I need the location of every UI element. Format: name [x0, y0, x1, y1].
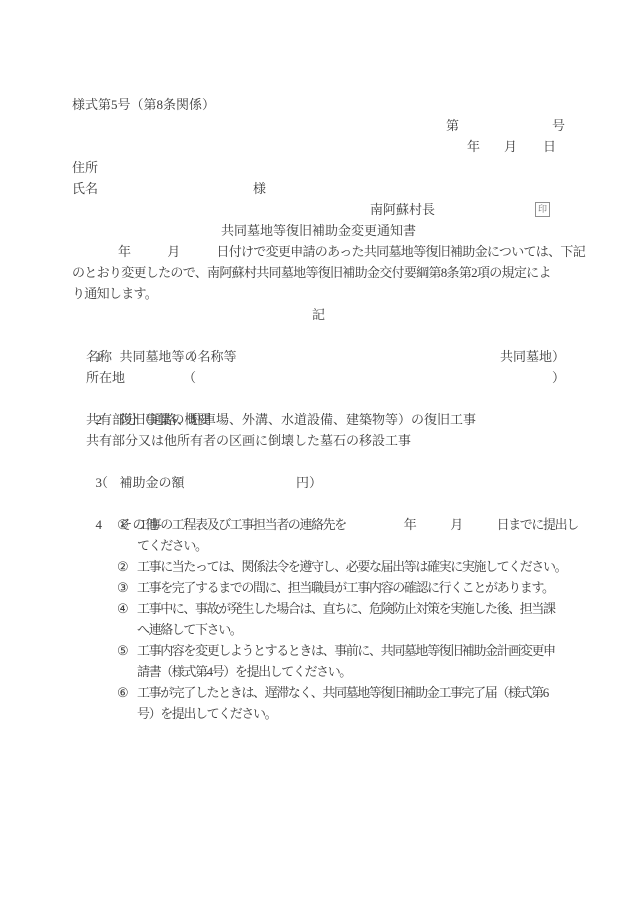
cemetery-location-label: 所在地 — [86, 367, 183, 388]
note-5-text: 工事内容を変更しようとするときは、事前に、共同墓地等復旧補助金計画変更申 請書（… — [137, 640, 592, 682]
cemetery-location-open-paren: （ — [183, 367, 196, 388]
note-item-3: ③ 工事を完了するまでの間に、担当職員が工事内容の確認に行くことがあります。 — [117, 577, 565, 598]
section2-line1: 共有部分（通路、駐車場、外溝、水道設備、建築物等）の復旧工事 — [86, 409, 565, 430]
honorific-label: 様 — [253, 178, 266, 199]
record-marker: 記 — [72, 304, 565, 325]
cemetery-location-close-paren: ） — [552, 367, 565, 388]
docno-prefix: 第 — [446, 115, 459, 136]
note-item-1: ① 工事の工程表及び工事担当者の連絡先を 年 月 日までに提出し てください。 — [117, 514, 565, 556]
address-label: 住所 — [72, 157, 565, 178]
mayor-title: 南阿蘇村長 — [370, 199, 435, 220]
section1-heading: 1共同墓地等の名称等 — [72, 325, 565, 346]
section3-title: 補助金の額 — [120, 475, 185, 490]
amount-blank — [108, 472, 296, 473]
form-number: 様式第5号（第8条関係） — [72, 94, 565, 115]
date-trailing-space — [556, 136, 565, 137]
section4-heading: 4その他 — [72, 493, 565, 514]
note-2-text: 工事に当たっては、関係法令を遵守し、必要な届出等は確実に実施してください。 — [137, 556, 592, 577]
sender-blank — [435, 199, 535, 220]
date-day-label: 日 — [543, 136, 556, 157]
name-label: 氏名 — [72, 178, 98, 199]
document-content: 様式第5号（第8条関係） 第 号 年 月 日 住所 氏名 様 南阿蘇村長 印 共… — [72, 94, 565, 724]
cemetery-location-blank — [196, 367, 552, 388]
note-4-number: ④ — [117, 598, 137, 640]
section2-heading: 2復旧事業の概要 — [72, 388, 565, 409]
note-3-text: 工事を完了するまでの間に、担当職員が工事内容の確認に行くことがあります。 — [137, 577, 592, 598]
cemetery-name-row: 名称 （ 共同墓地） — [86, 346, 565, 367]
sender-line: 南阿蘇村長 印 — [370, 199, 565, 220]
note-6-text: 工事が完了したときは、遅滞なく、共同墓地等復旧補助金工事完了届（様式第6 号）を… — [137, 682, 592, 724]
note-item-5: ⑤ 工事内容を変更しようとするときは、事前に、共同墓地等復旧補助金計画変更申 請… — [117, 640, 565, 682]
cemetery-name-close-paren: 共同墓地） — [500, 346, 565, 367]
document-title: 共同墓地等復旧補助金変更通知書 — [72, 220, 565, 241]
cemetery-location-row: 所在地 （ ） — [86, 367, 565, 388]
docno-suffix: 号 — [552, 115, 565, 136]
section3-heading: 3補助金の額 — [72, 451, 565, 472]
amount-open-paren: （ — [95, 472, 108, 493]
document-number-line: 第 号 — [72, 115, 565, 136]
docno-blank — [459, 115, 552, 116]
section2-line2: 共有部分又は他所有者の区画に倒壊した墓石の移設工事 — [86, 430, 565, 451]
date-month-label: 月 — [504, 136, 517, 157]
seal-mark: 印 — [535, 202, 550, 217]
document-page: 様式第5号（第8条関係） 第 号 年 月 日 住所 氏名 様 南阿蘇村長 印 共… — [0, 0, 630, 915]
note-1-number: ① — [117, 514, 137, 556]
name-line: 氏名 様 — [72, 178, 565, 199]
note-3-number: ③ — [117, 577, 137, 598]
note-6-number: ⑥ — [117, 682, 137, 724]
date-year-blank — [480, 136, 504, 137]
body-line-2: のとおり変更したので、南阿蘇村共同墓地等復旧補助金交付要綱第8条第2項の規定によ — [72, 262, 565, 283]
date-month-blank — [517, 136, 543, 137]
amount-close-paren: 円） — [296, 472, 322, 493]
note-item-2: ② 工事に当たっては、関係法令を遵守し、必要な届出等は確実に実施してください。 — [117, 556, 565, 577]
note-item-6: ⑥ 工事が完了したときは、遅滞なく、共同墓地等復旧補助金工事完了届（様式第6 号… — [117, 682, 565, 724]
date-line: 年 月 日 — [72, 136, 565, 157]
section4-number: 4 — [92, 514, 120, 535]
note-1-text: 工事の工程表及び工事担当者の連絡先を 年 月 日までに提出し てください。 — [137, 514, 592, 556]
cemetery-name-blank — [196, 346, 500, 367]
cemetery-name-open-paren: （ — [183, 346, 196, 367]
date-year-label: 年 — [467, 136, 480, 157]
note-2-number: ② — [117, 556, 137, 577]
note-item-4: ④ 工事中に、事故が発生した場合は、直ちに、危険防止対策を実施した後、担当課 へ… — [117, 598, 565, 640]
note-4-text: 工事中に、事故が発生した場合は、直ちに、危険防止対策を実施した後、担当課 へ連絡… — [137, 598, 592, 640]
cemetery-name-label: 名称 — [86, 346, 183, 367]
body-line-3: り通知します。 — [72, 283, 565, 304]
seal-trailing-space — [550, 199, 565, 200]
note-5-number: ⑤ — [117, 640, 137, 682]
body-line-1: 年 月 日付けで変更申請のあった共同墓地等復旧補助金については、下記 — [118, 241, 565, 262]
name-blank — [98, 178, 253, 179]
